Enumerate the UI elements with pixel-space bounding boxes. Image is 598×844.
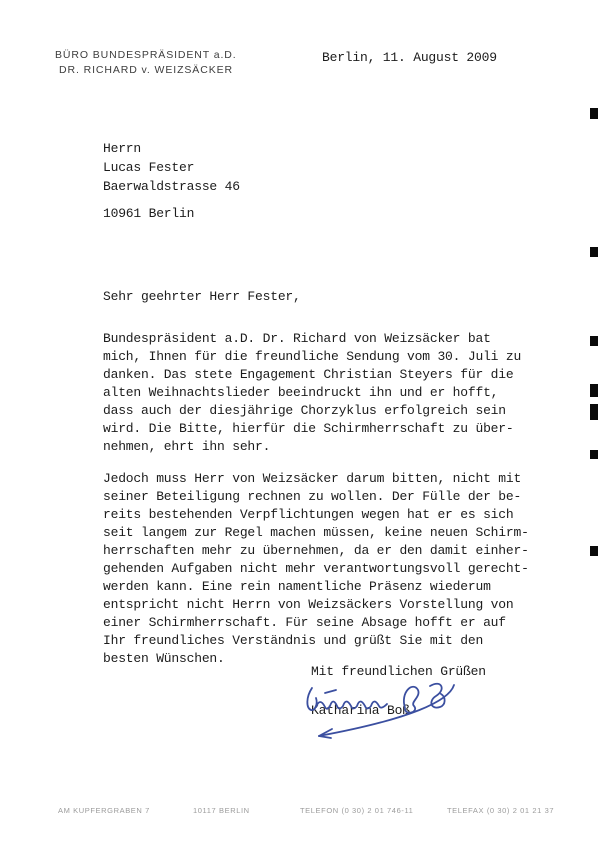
scan-mark (590, 450, 598, 459)
signature-block (303, 679, 471, 745)
footer-telefax: TELEFAX (0 30) 2 01 21 37 (447, 806, 554, 815)
body-paragraph-2: Jedoch muss Herr von Weizsäcker darum bi… (103, 470, 543, 668)
handwritten-signature-icon (303, 679, 471, 745)
scan-mark (590, 384, 598, 397)
recipient-city: 10961 Berlin (103, 206, 194, 221)
scan-mark (590, 404, 598, 420)
scan-mark (590, 336, 598, 346)
closing-salute: Mit freundlichen Grüßen (311, 664, 486, 679)
scan-mark (590, 108, 598, 119)
scan-mark (590, 247, 598, 257)
salutation: Sehr geehrter Herr Fester, (103, 289, 301, 304)
dateline: Berlin, 11. August 2009 (322, 50, 497, 65)
footer-city: 10117 BERLIN (193, 806, 250, 815)
footer-telefon: TELEFON (0 30) 2 01 746-11 (300, 806, 413, 815)
body-paragraph-1: Bundespräsident a.D. Dr. Richard von Wei… (103, 330, 543, 456)
letterhead-name-line: DR. RICHARD v. WEIZSÄCKER (55, 63, 237, 78)
letterhead-office-line: BÜRO BUNDESPRÄSIDENT a.D. (55, 48, 237, 63)
letter-page: BÜRO BUNDESPRÄSIDENT a.D. DR. RICHARD v.… (0, 0, 598, 844)
letterhead: BÜRO BUNDESPRÄSIDENT a.D. DR. RICHARD v.… (55, 48, 237, 78)
recipient-address: Herrn Lucas Fester Baerwaldstrasse 46 (103, 139, 240, 196)
footer-street: AM KUPFERGRABEN 7 (58, 806, 150, 815)
scan-mark (590, 546, 598, 556)
